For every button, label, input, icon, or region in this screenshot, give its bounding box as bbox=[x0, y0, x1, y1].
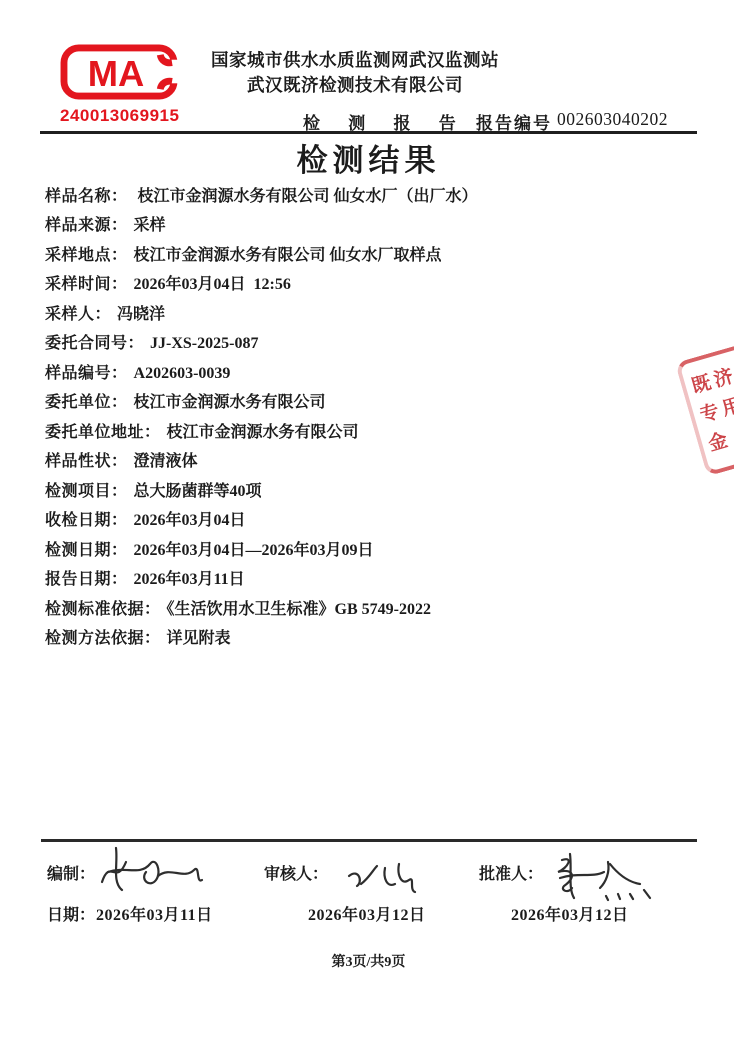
field-row: 检测项目：总大肠菌群等40项 bbox=[45, 478, 665, 507]
field-row: 采样时间：2026年03月04日 12:56 bbox=[45, 271, 665, 300]
field-value: 采样 bbox=[134, 217, 166, 234]
field-value: 详见附表 bbox=[167, 630, 231, 647]
field-value: JJ-XS-2025-087 bbox=[150, 335, 258, 352]
cma-number: 240013069915 bbox=[60, 106, 195, 126]
field-value: 2026年03月04日—2026年03月09日 bbox=[134, 542, 374, 559]
field-row: 报告日期：2026年03月11日 bbox=[45, 566, 665, 595]
field-value: 2026年03月04日 bbox=[134, 512, 246, 529]
page-title: 检测结果 bbox=[40, 135, 697, 180]
field-label: 检测日期： bbox=[45, 542, 128, 559]
reviewed-date: 2026年03月12日 bbox=[308, 902, 426, 925]
company-seal-stamp: 既济检测专用章金 bbox=[675, 318, 734, 477]
field-row: 样品性状：澄清液体 bbox=[45, 448, 665, 477]
page-indicator: 第3页/共9页 bbox=[40, 951, 697, 971]
stamp-text: 既济检测专用章金 bbox=[688, 334, 734, 460]
org-names: 国家城市供水水质监测网武汉监测站 武汉既济检测技术有限公司 bbox=[160, 48, 550, 98]
field-row: 委托单位：枝江市金润源水务有限公司 bbox=[45, 389, 665, 418]
field-row: 检测方法依据：详见附表 bbox=[45, 625, 665, 654]
field-label: 采样地点： bbox=[45, 247, 128, 264]
field-label: 采样人： bbox=[45, 306, 111, 323]
org-line1: 国家城市供水水质监测网武汉监测站 bbox=[160, 48, 550, 73]
field-row: 检测日期：2026年03月04日—2026年03月09日 bbox=[45, 537, 665, 566]
field-value: 枝江市金润源水务有限公司 仙女水厂（出厂水） bbox=[134, 188, 478, 205]
field-value: 冯晓洋 bbox=[117, 306, 165, 323]
field-row: 委托单位地址：枝江市金润源水务有限公司 bbox=[45, 419, 665, 448]
field-label: 样品来源： bbox=[45, 217, 128, 234]
date-label: 日期： bbox=[47, 902, 95, 925]
field-label: 样品编号： bbox=[45, 365, 128, 382]
report-header-row: 检 测 报 告 报告编号 002603040202 bbox=[303, 109, 697, 131]
field-value: 2026年03月04日 12:56 bbox=[134, 276, 291, 293]
approved-date: 2026年03月12日 bbox=[511, 902, 629, 925]
field-label: 检测方法依据： bbox=[45, 630, 161, 647]
report-page: MA 240013069915 国家城市供水水质监测网武汉监测站 武汉既济检测技… bbox=[0, 0, 734, 1040]
field-label: 委托单位： bbox=[45, 394, 128, 411]
field-value: 2026年03月11日 bbox=[134, 571, 245, 588]
prepared-date: 2026年03月11日 bbox=[96, 902, 213, 925]
org-line2: 武汉既济检测技术有限公司 bbox=[160, 73, 550, 98]
field-label: 报告日期： bbox=[45, 571, 128, 588]
header-divider bbox=[40, 131, 697, 134]
prepared-by-label: 编制： bbox=[47, 861, 95, 884]
field-value: A202603-0039 bbox=[134, 365, 231, 382]
field-row: 委托合同号：JJ-XS-2025-087 bbox=[45, 330, 665, 359]
footer-divider bbox=[41, 839, 697, 842]
cma-letters: MA bbox=[88, 53, 145, 94]
field-value: 枝江市金润源水务有限公司 bbox=[134, 394, 326, 411]
field-value: 总大肠菌群等40项 bbox=[134, 483, 262, 500]
field-row: 采样人：冯晓洋 bbox=[45, 301, 665, 330]
field-row: 检测标准依据：《生活饮用水卫生标准》GB 5749-2022 bbox=[45, 596, 665, 625]
field-row: 样品来源：采样 bbox=[45, 212, 665, 241]
field-label: 样品性状： bbox=[45, 453, 128, 470]
approved-signature bbox=[548, 848, 658, 904]
fields-list: 样品名称： 枝江市金润源水务有限公司 仙女水厂（出厂水） 样品来源：采样 采样地… bbox=[45, 183, 665, 655]
field-label: 检测标准依据： bbox=[45, 601, 161, 618]
field-row: 样品编号：A202603-0039 bbox=[45, 360, 665, 389]
reviewed-signature bbox=[343, 858, 423, 898]
prepared-signature bbox=[92, 846, 212, 898]
field-label: 检测项目： bbox=[45, 483, 128, 500]
field-row: 收检日期：2026年03月04日 bbox=[45, 507, 665, 536]
field-row: 样品名称： 枝江市金润源水务有限公司 仙女水厂（出厂水） bbox=[45, 183, 665, 212]
field-label: 委托单位地址： bbox=[45, 424, 161, 441]
field-label: 收检日期： bbox=[45, 512, 128, 529]
report-no-value: 002603040202 bbox=[557, 109, 668, 130]
field-row: 采样地点：枝江市金润源水务有限公司 仙女水厂取样点 bbox=[45, 242, 665, 271]
field-label: 采样时间： bbox=[45, 276, 128, 293]
field-value: 澄清液体 bbox=[134, 453, 198, 470]
field-value: 《生活饮用水卫生标准》GB 5749-2022 bbox=[167, 601, 431, 618]
field-label: 委托合同号： bbox=[45, 335, 144, 352]
field-value: 枝江市金润源水务有限公司 bbox=[167, 424, 359, 441]
field-value: 枝江市金润源水务有限公司 仙女水厂取样点 bbox=[134, 247, 442, 264]
approved-by-label: 批准人： bbox=[479, 861, 543, 884]
reviewed-by-label: 审核人： bbox=[264, 861, 328, 884]
field-label: 样品名称： bbox=[45, 188, 128, 205]
